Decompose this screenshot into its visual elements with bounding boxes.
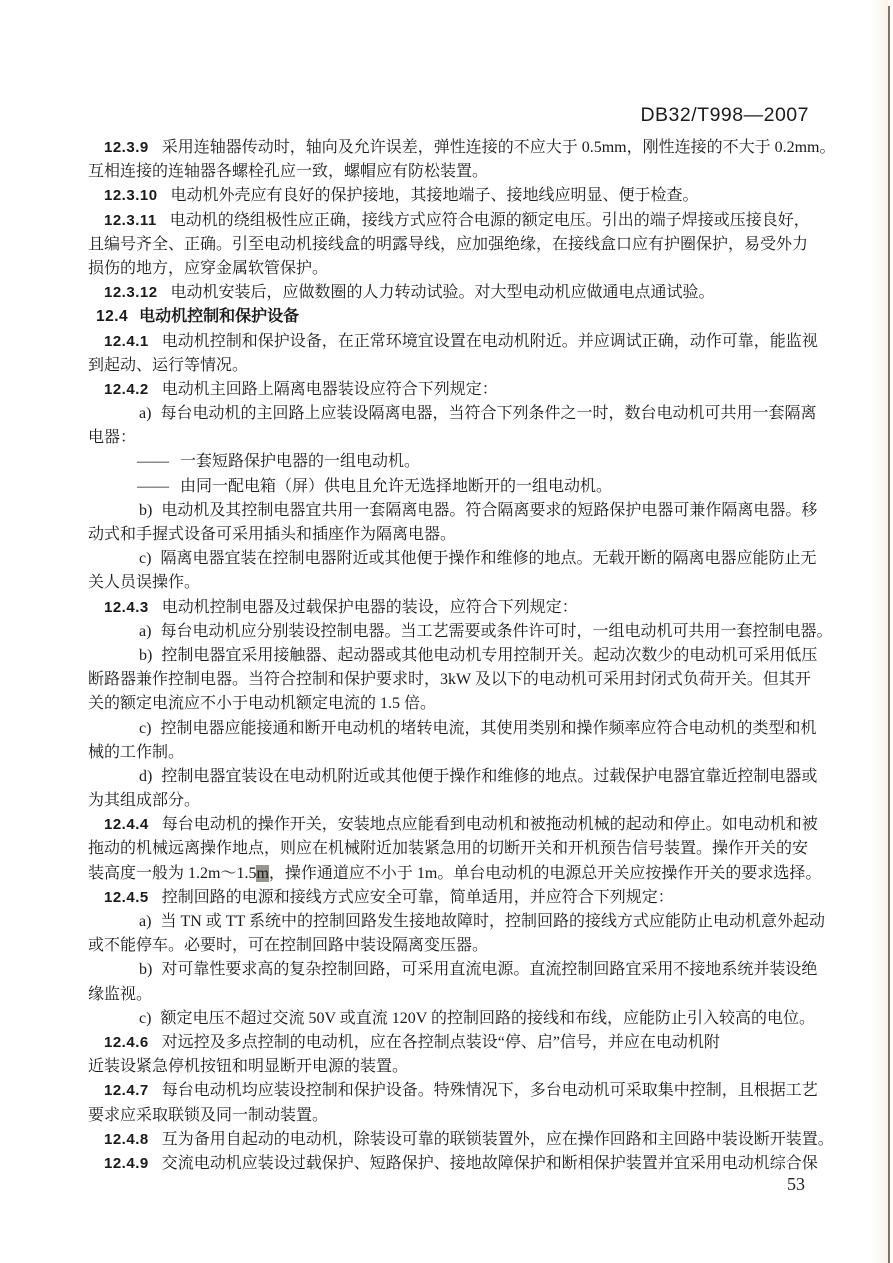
line-text: 损伤的地方，应穿金属软管保护。 — [88, 260, 328, 277]
line-text: 控制电器应能接通和断开电动机的堵转电流，其使用类别和操作频率应符合电动机的类型和… — [160, 720, 816, 737]
text-line: a)每台电动机的主回路上应装设隔离电器，当符合下列条件之一时，数台电动机可共用一… — [88, 402, 824, 426]
clause-number: 12.4.5 — [104, 889, 149, 906]
text-line: 12.3.11电动机的绕组极性应正确，接线方式应符合电源的额定电压。引出的端子焊… — [88, 209, 824, 233]
text-line: b)对可靠性要求高的复杂控制回路，可采用直流电源。直流控制回路宜采用不接地系统并… — [88, 958, 824, 982]
clause-number: 12.4.7 — [104, 1082, 149, 1099]
text-line: 12.4.9交流电动机应装设过载保护、短路保护、接地故障保护和断相保护装置并宜采… — [88, 1152, 824, 1176]
line-text: 电动机外壳应有良好的保护接地，其接地端子、接地线应明显、便于检查。 — [171, 187, 699, 204]
list-marker: b) — [139, 647, 152, 664]
line-text: 缘监视。 — [88, 986, 152, 1003]
text-line: c)隔离电器宜装在控制电器附近或其他便于操作和维修的地点。无载开断的隔离电器应能… — [88, 547, 824, 571]
line-text: 电动机及其控制电器宜共用一套隔离电器。符合隔离要求的短路保护电器可兼作隔离电器。… — [161, 502, 817, 519]
text-line: 12.4.4每台电动机的操作开关，安装地点应能看到电动机和被拖动机械的起动和停止… — [88, 813, 824, 837]
text-line: 12.3.10电动机外壳应有良好的保护接地，其接地端子、接地线应明显、便于检查。 — [88, 184, 824, 208]
line-text: 互相连接的连轴器各螺栓孔应一致，螺帽应有防松装置。 — [88, 163, 488, 180]
text-line: 装高度一般为 1.2m～1.5m，操作通道应不小于 1m。单台电动机的电源总开关… — [88, 862, 824, 886]
text-line: 到起动、运行等情况。 — [88, 354, 824, 378]
list-marker: —— — [137, 478, 169, 495]
list-marker: c) — [139, 1010, 151, 1027]
text-line: 12.4.5控制回路的电源和接线方式应安全可靠，简单适用，并应符合下列规定： — [88, 886, 824, 910]
text-line: 损伤的地方，应穿金属软管保护。 — [88, 257, 824, 281]
line-text: 或不能停车。必要时，可在控制回路中装设隔离变压器。 — [88, 937, 488, 954]
scan-edge-line — [888, 6, 890, 1263]
clause-number: 12.3.12 — [104, 284, 158, 301]
line-text: 关人员误操作。 — [88, 574, 200, 591]
text-line: 12.4.6对远控及多点控制的电动机，应在各控制点装设“停、启”信号，并应在电动… — [88, 1031, 824, 1055]
list-marker: b) — [139, 502, 152, 519]
text-line: a)每台电动机应分别装设控制电器。当工艺需要或条件许可时，一组电动机可共用一套控… — [88, 620, 824, 644]
line-text: 到起动、运行等情况。 — [88, 357, 248, 374]
clause-number: 12.4.8 — [104, 1131, 149, 1148]
line-text: 每台电动机的操作开关，安装地点应能看到电动机和被拖动机械的起动和停止。如电动机和… — [162, 816, 818, 833]
text-line: 12.4.8互为备用自起动的电动机，除装设可靠的联锁装置外，应在操作回路和主回路… — [88, 1128, 824, 1152]
section-heading: 12.4电动机控制和保护设备 — [88, 305, 824, 329]
list-marker: a) — [139, 623, 151, 640]
text-line: 近装设紧急停机按钮和明显断开电源的装置。 — [88, 1055, 824, 1079]
line-text: 电动机控制电器及过载保护电器的装设，应符合下列规定： — [162, 599, 578, 616]
text-line: 12.3.12电动机安装后，应做数圈的人力转动试验。对大型电动机应做通电点通试验… — [88, 281, 824, 305]
line-text: 械的工作制。 — [88, 744, 184, 761]
clause-number: 12.4 — [96, 308, 128, 325]
scanned-document-page: DB32/T998—2007 12.3.9采用连轴器传动时，轴向及允许误差，弹性… — [0, 0, 893, 1263]
clause-number: 12.4.9 — [104, 1155, 149, 1172]
line-text: 互为备用自起动的电动机，除装设可靠的联锁装置外，应在操作回路和主回路中装设断开装… — [162, 1131, 834, 1148]
line-text: 电动机的绕组极性应正确，接线方式应符合电源的额定电压。引出的端子焊接或压接良好， — [170, 212, 810, 229]
text-line: 拖动的机械远离操作地点，则应在机械附近加装紧急用的切断开关和开机预告信号装置。操… — [88, 837, 824, 861]
list-marker: b) — [139, 961, 152, 978]
document-body: 12.3.9采用连轴器传动时，轴向及允许误差，弹性连接的不应大于 0.5mm，刚… — [88, 136, 824, 1176]
text-line: 关人员误操作。 — [88, 571, 824, 595]
text-line: 动式和手握式设备可采用插头和插座作为隔离电器。 — [88, 523, 824, 547]
list-marker: c) — [139, 550, 151, 567]
text-line: 要求应采取联锁及同一制动装置。 — [88, 1104, 824, 1128]
line-text: 交流电动机应装设过载保护、短路保护、接地故障保护和断相保护装置并宜采用电动机综合… — [162, 1155, 818, 1172]
text-line: 且编号齐全、正确。引至电动机接线盒的明露导线，应加强绝缘，在接线盒口应有护圈保护… — [88, 233, 824, 257]
text-line: 12.4.7每台电动机均应装设控制和保护设备。特殊情况下，多台电动机可采取集中控… — [88, 1079, 824, 1103]
clause-number: 12.4.4 — [104, 816, 149, 833]
text-line: 关的额定电流应不小于电动机额定电流的 1.5 倍。 — [88, 692, 824, 716]
list-marker: —— — [137, 453, 169, 470]
line-text: 控制回路的电源和接线方式应安全可靠，简单适用，并应符合下列规定： — [162, 889, 674, 906]
line-text: 动式和手握式设备可采用插头和插座作为隔离电器。 — [88, 526, 456, 543]
text-line: 12.3.9采用连轴器传动时，轴向及允许误差，弹性连接的不应大于 0.5mm，刚… — [88, 136, 824, 160]
list-marker: a) — [139, 913, 151, 930]
text-line: 械的工作制。 — [88, 741, 824, 765]
text-line: b)电动机及其控制电器宜共用一套隔离电器。符合隔离要求的短路保护电器可兼作隔离电… — [88, 499, 824, 523]
line-text: 拖动的机械远离操作地点，则应在机械附近加装紧急用的切断开关和开机预告信号装置。操… — [88, 840, 808, 857]
text-line: 12.4.2电动机主回路上隔离电器装设应符合下列规定： — [88, 378, 824, 402]
line-text: 电动机控制和保护设备 — [139, 308, 299, 325]
line-text: 关的额定电流应不小于电动机额定电流的 1.5 倍。 — [88, 695, 436, 712]
line-text: ，操作通道应不小于 1m。单台电动机的电源总开关应按操作开关的要求选择。 — [269, 865, 821, 882]
text-line: 12.4.1电动机控制和保护设备，在正常环境宜设置在电动机附近。并应调试正确，动… — [88, 330, 824, 354]
text-line: 12.4.3电动机控制电器及过载保护电器的装设，应符合下列规定： — [88, 596, 824, 620]
clause-number: 12.3.9 — [104, 139, 149, 156]
line-text: 断路器兼作控制电器。当符合控制和保护要求时，3kW 及以下的电动机可采用封闭式负… — [88, 671, 811, 688]
text-line: 为其组成部分。 — [88, 789, 824, 813]
list-marker: d) — [139, 768, 152, 785]
page-number: 53 — [787, 1174, 805, 1195]
line-text: 电动机安装后，应做数圈的人力转动试验。对大型电动机应做通电点通试验。 — [171, 284, 715, 301]
text-line: 或不能停车。必要时，可在控制回路中装设隔离变压器。 — [88, 934, 824, 958]
scan-edge-shading — [872, 0, 888, 1263]
list-marker: a) — [139, 405, 151, 422]
line-text: 近装设紧急停机按钮和明显断开电源的装置。 — [88, 1058, 408, 1075]
text-line: b)控制电器宜采用接触器、起动器或其他电动机专用控制开关。起动次数少的电动机可采… — [88, 644, 824, 668]
line-text: 电器： — [88, 429, 136, 446]
clause-number: 12.4.6 — [104, 1034, 149, 1051]
line-text: 装高度一般为 1.2m～1.5 — [88, 865, 256, 882]
text-line: c)额定电压不超过交流 50V 或直流 120V 的控制回路的接线和布线，应能防… — [88, 1007, 824, 1031]
line-text: 对远控及多点控制的电动机，应在各控制点装设“停、启”信号，并应在电动机附 — [162, 1034, 720, 1051]
line-text: 且编号齐全、正确。引至电动机接线盒的明露导线，应加强绝缘，在接线盒口应有护圈保护… — [88, 236, 808, 253]
line-text: 当 TN 或 TT 系统中的控制回路发生接地故障时，控制回路的接线方式应能防止电… — [160, 913, 825, 930]
text-line: a)当 TN 或 TT 系统中的控制回路发生接地故障时，控制回路的接线方式应能防… — [88, 910, 824, 934]
scan-highlight-artifact: m — [256, 865, 268, 882]
clause-number: 12.4.3 — [104, 599, 149, 616]
line-text: 每台电动机均应装设控制和保护设备。特殊情况下，多台电动机可采取集中控制，且根据工… — [162, 1082, 818, 1099]
line-text: 一套短路保护电器的一组电动机。 — [180, 453, 420, 470]
line-text: 采用连轴器传动时，轴向及允许误差，弹性连接的不应大于 0.5mm，刚性连接的不大… — [162, 139, 836, 156]
standard-number-header: DB32/T998—2007 — [640, 104, 809, 127]
line-text: 额定电压不超过交流 50V 或直流 120V 的控制回路的接线和布线，应能防止引… — [160, 1010, 815, 1027]
line-text: 电动机控制和保护设备，在正常环境宜设置在电动机附近。并应调试正确，动作可靠，能监… — [162, 333, 818, 350]
text-line: c)控制电器应能接通和断开电动机的堵转电流，其使用类别和操作频率应符合电动机的类… — [88, 717, 824, 741]
line-text: 每台电动机的主回路上应装设隔离电器，当符合下列条件之一时，数台电动机可共用一套隔… — [160, 405, 816, 422]
text-line: 互相连接的连轴器各螺栓孔应一致，螺帽应有防松装置。 — [88, 160, 824, 184]
line-text: 由同一配电箱（屏）供电且允许无选择地断开的一组电动机。 — [180, 478, 612, 495]
text-line: ——由同一配电箱（屏）供电且允许无选择地断开的一组电动机。 — [88, 475, 824, 499]
line-text: 隔离电器宜装在控制电器附近或其他便于操作和维修的地点。无载开断的隔离电器应能防止… — [160, 550, 816, 567]
clause-number: 12.3.11 — [104, 212, 157, 229]
text-line: 缘监视。 — [88, 983, 824, 1007]
line-text: 控制电器宜采用接触器、起动器或其他电动机专用控制开关。起动次数少的电动机可采用低… — [161, 647, 817, 664]
line-text: 对可靠性要求高的复杂控制回路，可采用直流电源。直流控制回路宜采用不接地系统并装设… — [161, 961, 817, 978]
clause-number: 12.4.2 — [104, 381, 149, 398]
text-line: 断路器兼作控制电器。当符合控制和保护要求时，3kW 及以下的电动机可采用封闭式负… — [88, 668, 824, 692]
text-line: 电器： — [88, 426, 824, 450]
line-text: 为其组成部分。 — [88, 792, 200, 809]
list-marker: c) — [139, 720, 151, 737]
text-line: d)控制电器宜装设在电动机附近或其他便于操作和维修的地点。过载保护电器宜靠近控制… — [88, 765, 824, 789]
line-text: 控制电器宜装设在电动机附近或其他便于操作和维修的地点。过载保护电器宜靠近控制电器… — [161, 768, 817, 785]
clause-number: 12.4.1 — [104, 333, 149, 350]
text-line: ——一套短路保护电器的一组电动机。 — [88, 450, 824, 474]
line-text: 每台电动机应分别装设控制电器。当工艺需要或条件许可时，一组电动机可共用一套控制电… — [160, 623, 832, 640]
line-text: 要求应采取联锁及同一制动装置。 — [88, 1107, 328, 1124]
clause-number: 12.3.10 — [104, 187, 158, 204]
line-text: 电动机主回路上隔离电器装设应符合下列规定： — [162, 381, 498, 398]
